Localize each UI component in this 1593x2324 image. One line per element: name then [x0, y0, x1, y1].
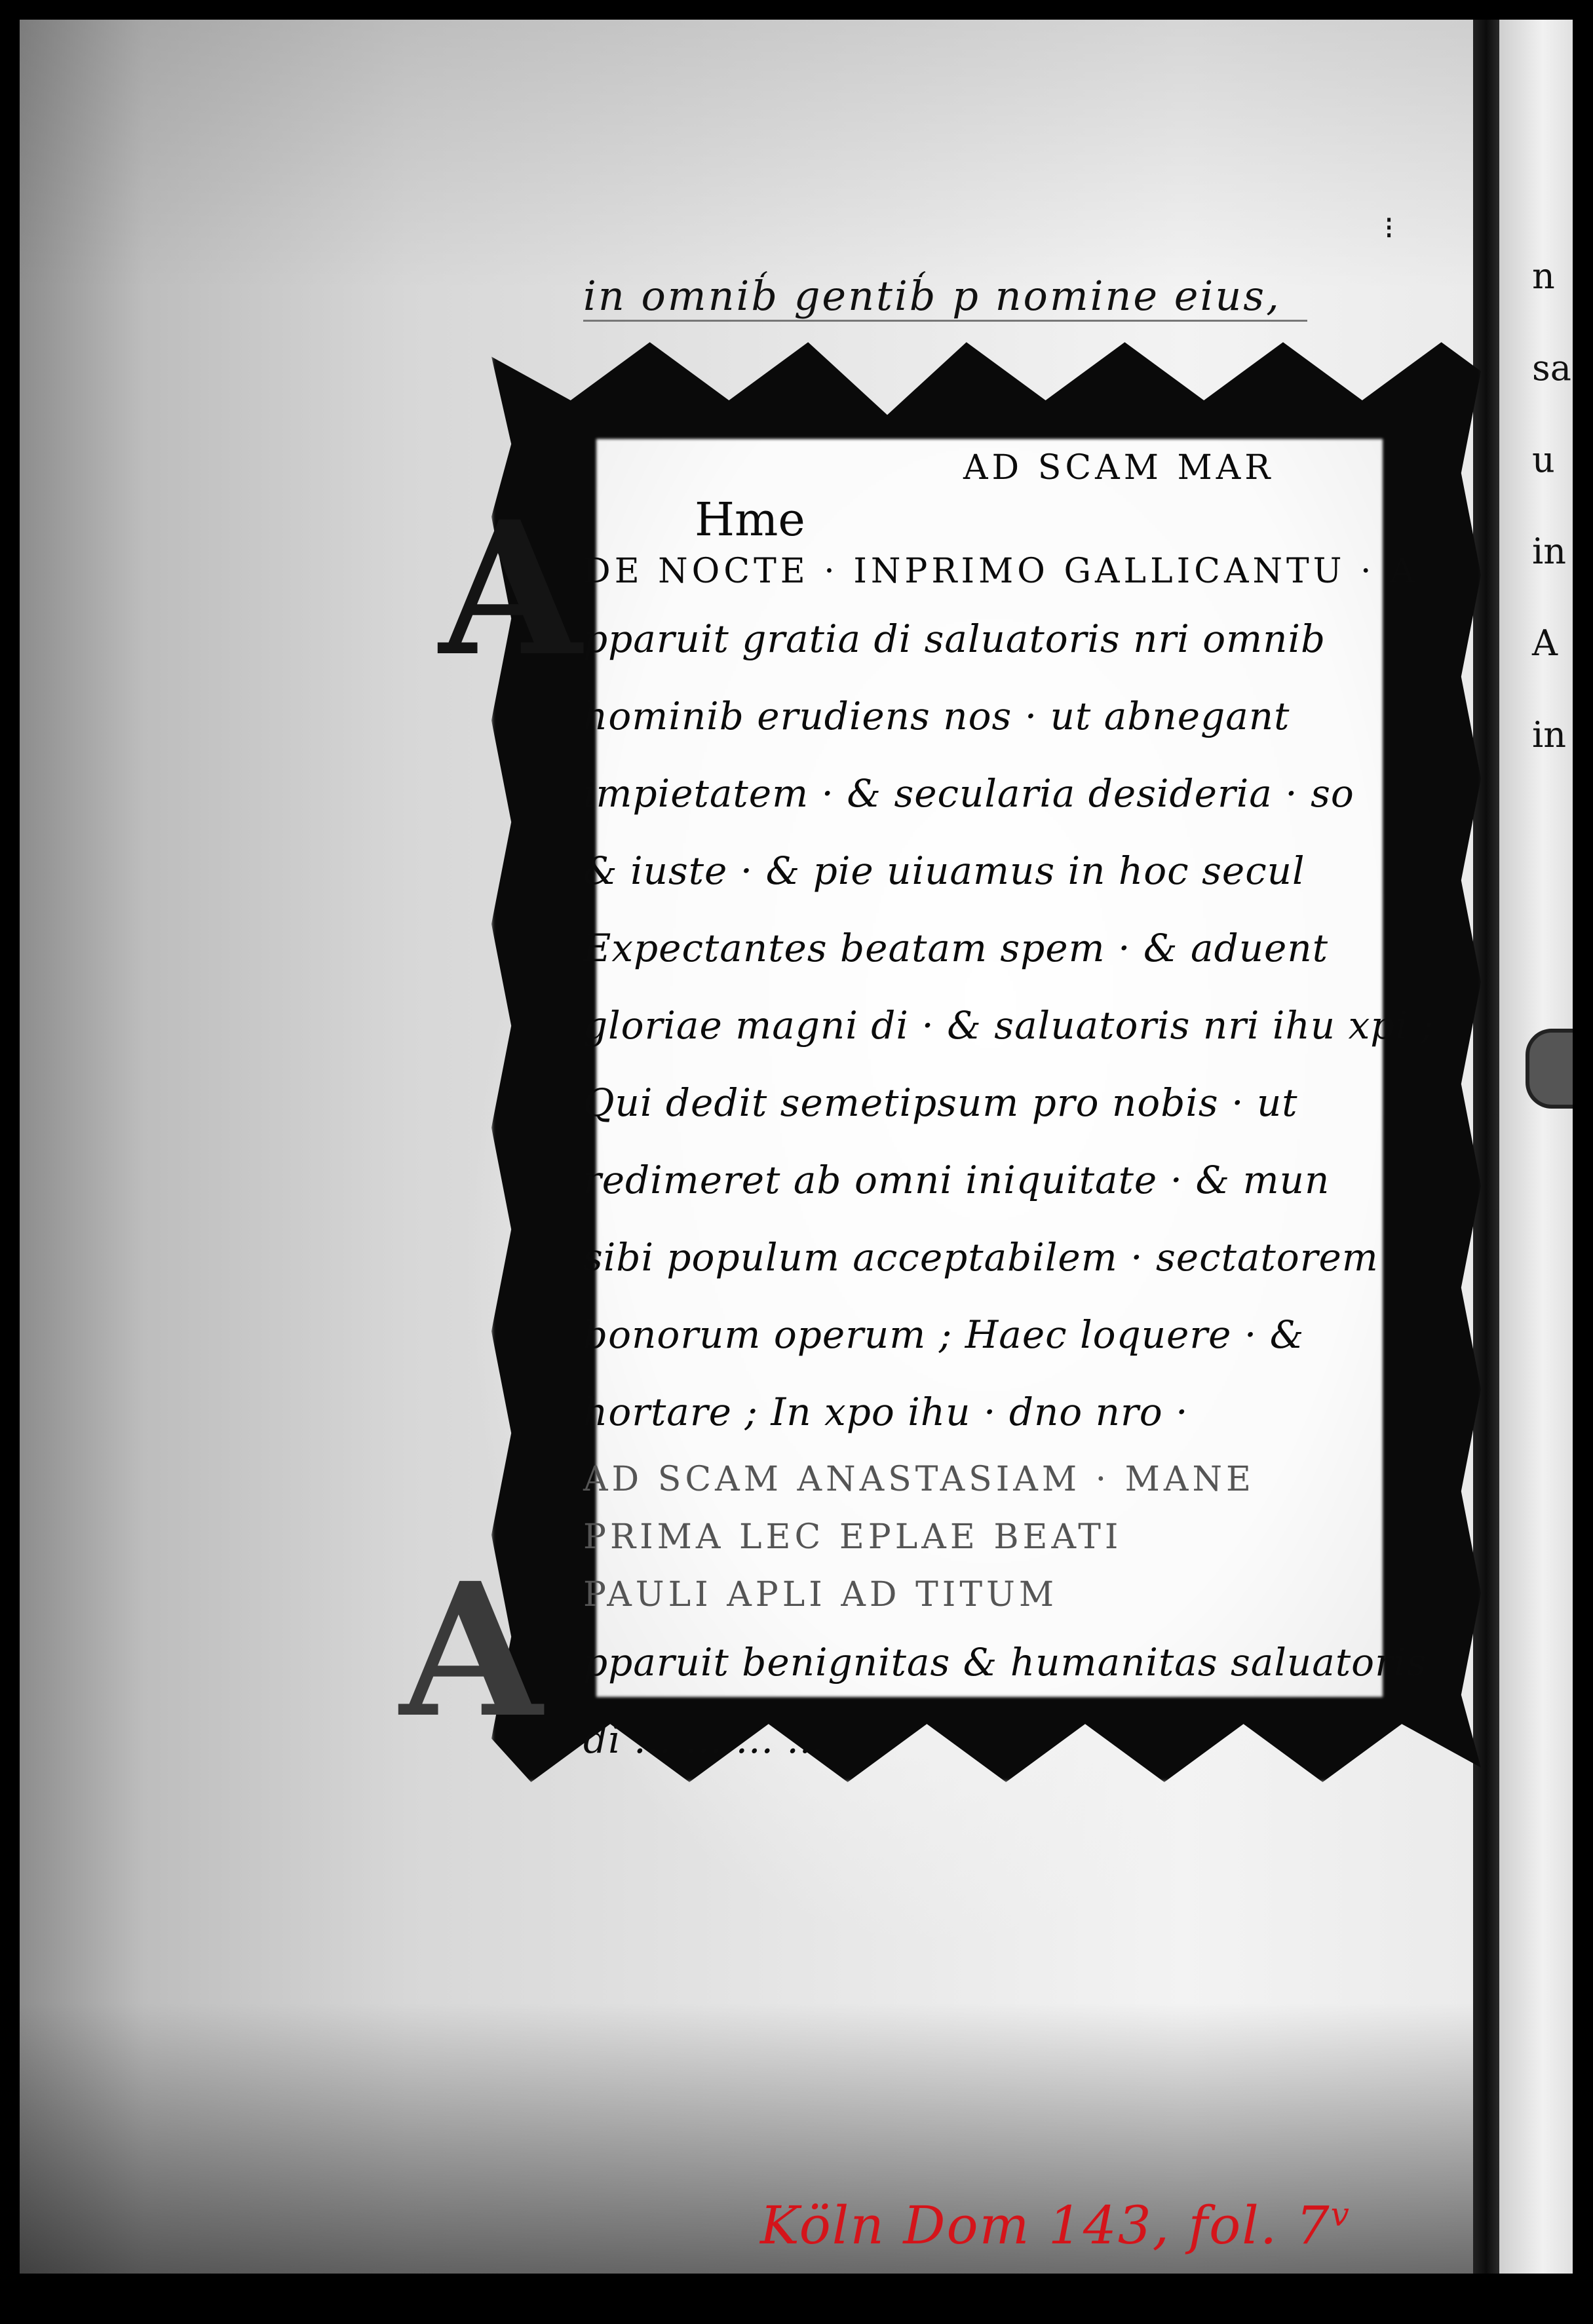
- facing-page-fragment: in: [1532, 714, 1566, 755]
- facing-page-fragment: u: [1532, 439, 1555, 480]
- rubric-abbrev: Hme: [583, 497, 1474, 543]
- shelfmark-annotation: Köln Dom 143, fol. 7v: [760, 2195, 1351, 2256]
- manuscript-photograph: n sa u in A in ⁝ in omnib̒ gentib̒ p nom…: [20, 20, 1573, 2274]
- top-text-line: in omnib̒ gentib̒ p nomine eius,: [583, 272, 1307, 322]
- facing-page-edge: n sa u in A in: [1499, 20, 1573, 2274]
- text-line: di ... ... ... ...: [583, 1701, 1474, 1778]
- shelfmark-suffix: v: [1331, 2195, 1351, 2233]
- text-line: sibi populum acceptabilem · sectatorem: [583, 1219, 1474, 1296]
- rubric-heading: AD SCAM MAR: [583, 439, 1474, 497]
- text-line: pparuit benignitas & humanitas saluatori…: [583, 1624, 1474, 1701]
- text-line: pparuit gratia di saluatoris nri omnib: [583, 600, 1474, 677]
- rubric-heading: AD SCAM ANASTASIAM · MANE: [583, 1451, 1474, 1508]
- facing-page-fragment: A: [1532, 622, 1558, 664]
- initial-letter-a: A: [439, 498, 581, 681]
- decorated-initial-fragment-icon: [1526, 1029, 1573, 1109]
- shelfmark-text: Köln Dom 143, fol. 7: [760, 2195, 1331, 2256]
- text-line: hortare ; In xpo ihu · dno nro ·: [583, 1373, 1474, 1451]
- facing-page-fragment: n: [1532, 256, 1555, 297]
- text-line: bonorum operum ; Haec loquere · &: [583, 1296, 1474, 1373]
- initial-letter-a: A: [400, 1559, 542, 1743]
- manuscript-text-block: AD SCAM MAR Hme DE NOCTE · INPRIMO GALLI…: [583, 439, 1474, 1778]
- rubric-heading: PRIMA LEC EPLAE BEATI: [583, 1508, 1474, 1566]
- text-line: gloriae magni di · & saluatoris nri ihu …: [583, 987, 1474, 1064]
- text-line: impietatem · & secularia desideria · so: [583, 755, 1474, 832]
- rubric-heading: DE NOCTE · INPRIMO GALLICANTU · A: [583, 543, 1474, 600]
- text-line: & iuste · & pie uiuamus in hoc secul: [583, 832, 1474, 909]
- binding-gutter: [1473, 20, 1499, 2274]
- rubric-heading: PAULI APLI AD TITUM: [583, 1566, 1474, 1624]
- punctuation-mark: ⁝: [1384, 210, 1394, 246]
- text-line: Expectantes beatam spem · & aduent: [583, 909, 1474, 987]
- text-line: Qui dedit semetipsum pro nobis · ut: [583, 1064, 1474, 1141]
- facing-page-fragment: sa: [1532, 347, 1571, 389]
- facing-page-fragment: in: [1532, 531, 1566, 572]
- text-line: redimeret ab omni iniquitate · & mun: [583, 1141, 1474, 1219]
- text-line: hominib erudiens nos · ut abnegant: [583, 677, 1474, 755]
